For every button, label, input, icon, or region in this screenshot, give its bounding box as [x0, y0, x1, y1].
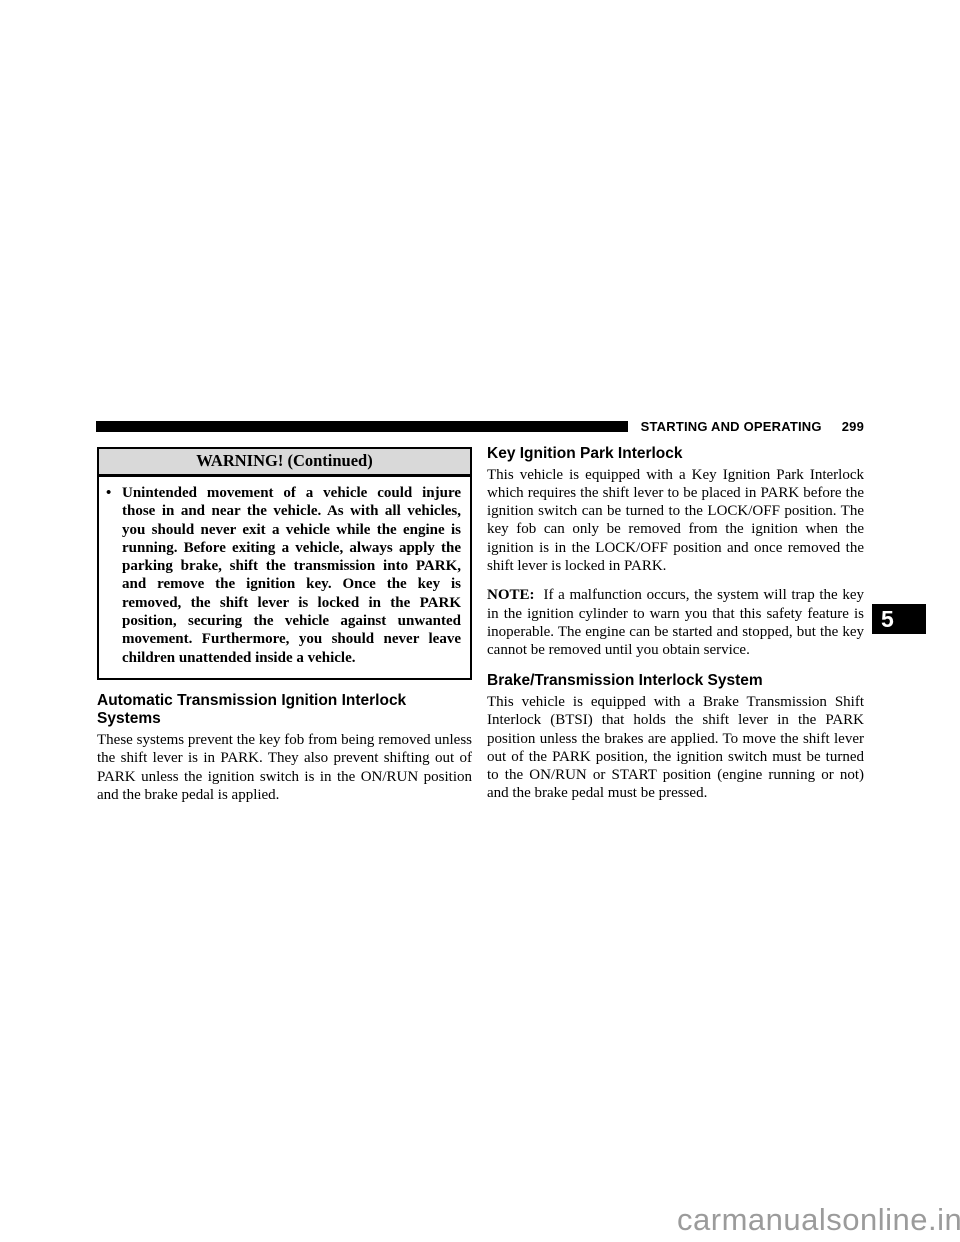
header-rule: [96, 421, 628, 432]
bullet-icon: •: [106, 484, 122, 667]
warning-bullet-item: • Unintended movement of a vehicle could…: [106, 484, 461, 667]
note-paragraph: NOTE:If a malfunction occurs, the system…: [487, 586, 864, 659]
running-header-title: STARTING AND OPERATING: [641, 419, 822, 434]
section-heading-key-ignition-park-interlock: Key Ignition Park Interlock: [487, 445, 864, 464]
section-body-auto-trans-interlock: These systems prevent the key fob from b…: [97, 731, 472, 804]
right-column: Key Ignition Park Interlock This vehicle…: [487, 445, 864, 803]
section-heading-btsi: Brake/Transmission Interlock System: [487, 672, 864, 691]
chapter-tab-number: 5: [881, 606, 894, 633]
section-body-btsi: This vehicle is equipped with a Brake Tr…: [487, 693, 864, 803]
section-body-key-ignition-park-interlock: This vehicle is equipped with a Key Igni…: [487, 466, 864, 576]
page-number: 299: [842, 419, 864, 434]
warning-bullet-text: Unintended movement of a vehicle could i…: [122, 484, 461, 667]
warning-box: WARNING! (Continued) • Unintended moveme…: [97, 447, 472, 680]
left-column: WARNING! (Continued) • Unintended moveme…: [97, 447, 472, 804]
warning-box-title: WARNING! (Continued): [99, 449, 470, 477]
chapter-tab: 5: [872, 604, 926, 634]
manual-page: STARTING AND OPERATING 299 WARNING! (Con…: [0, 0, 960, 1242]
section-heading-auto-trans-interlock: Automatic Transmission Ignition Interloc…: [97, 692, 472, 729]
watermark: carmanualsonline.info: [677, 1202, 960, 1238]
note-body: If a malfunction occurs, the system will…: [487, 587, 864, 658]
note-label: NOTE:: [487, 587, 535, 603]
page-header: STARTING AND OPERATING 299: [96, 419, 864, 434]
warning-box-body: • Unintended movement of a vehicle could…: [99, 477, 470, 678]
